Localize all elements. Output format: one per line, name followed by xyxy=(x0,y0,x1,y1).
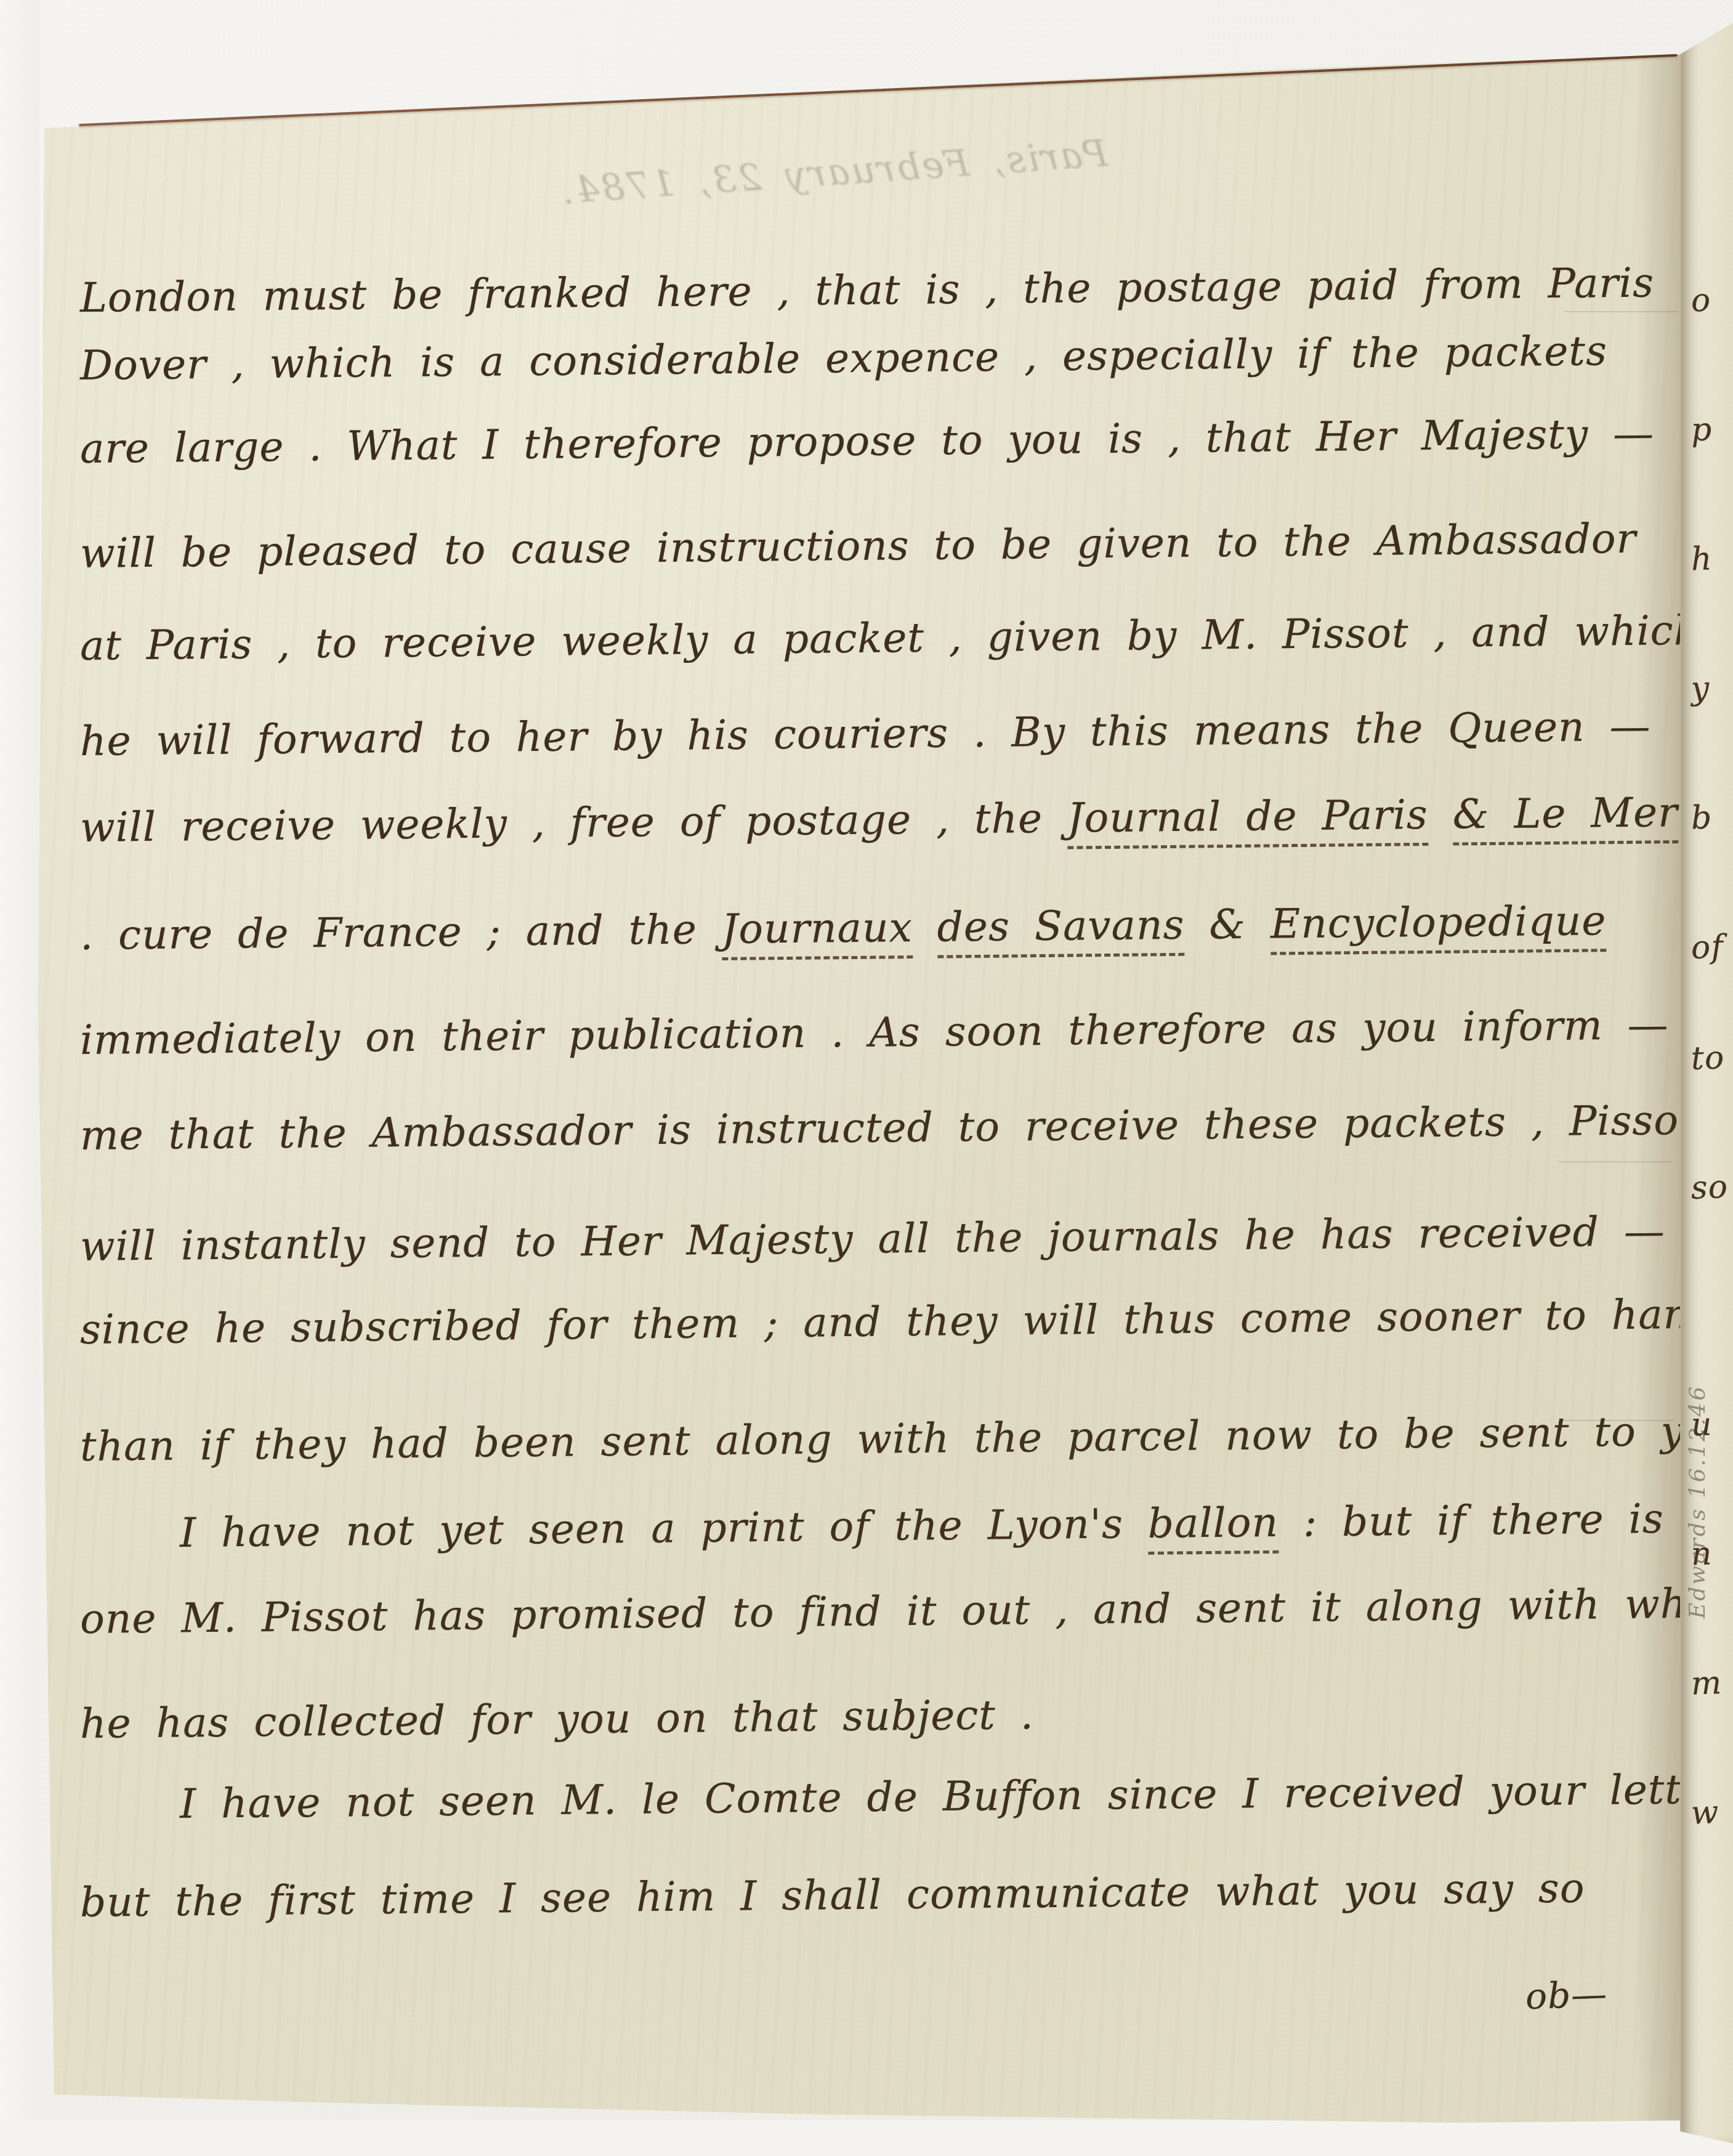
manuscript-line: are large . What I therefore propose to … xyxy=(80,410,1655,472)
line-text: London must be franked here , that is , … xyxy=(80,258,1721,322)
manuscript-line: I have not yet seen a print of the Lyon'… xyxy=(180,1495,1664,1557)
manuscript-line: one M. Pissot has promised to find it ou… xyxy=(80,1579,1729,1643)
manuscript-line: at Paris , to receive weekly a packet , … xyxy=(80,606,1733,670)
edge-fragment: y xyxy=(1691,670,1710,707)
underlined-phrase: Journaux xyxy=(721,904,913,960)
manuscript-line: will receive weekly , free of postage , … xyxy=(80,788,1716,851)
manuscript-line: immediately on their publication . As so… xyxy=(80,1001,1669,1064)
line-text xyxy=(912,904,937,951)
line-text: will receive weekly , free of postage , … xyxy=(80,795,1068,851)
manuscript-line: than if they had been sent along with th… xyxy=(80,1407,1733,1470)
underlined-phrase: ballon xyxy=(1148,1499,1279,1555)
line-text xyxy=(1428,791,1453,838)
manuscript-page: 120 Paris, February 23, 1784. London mus… xyxy=(37,31,1694,2125)
edge-fragment: p xyxy=(1691,411,1713,448)
folio-number: 120 xyxy=(92,66,161,108)
facing-page-strip: Edwards 16.12.46 ophyboftosounmw xyxy=(1680,17,1733,2144)
line-text: one M. Pissot has promised to find it ou… xyxy=(80,1579,1729,1643)
line-text: will instantly send to Her Majesty all t… xyxy=(80,1207,1666,1270)
manuscript-line: will instantly send to Her Majesty all t… xyxy=(80,1207,1666,1270)
scanner-bottom-edge xyxy=(0,2120,1733,2156)
edge-fragment: w xyxy=(1691,1794,1720,1832)
letter-body: London must be franked here , that is , … xyxy=(37,31,1694,2125)
edge-fragment: h xyxy=(1691,540,1713,578)
line-text: but the first time I see him I shall com… xyxy=(80,1865,1585,1926)
line-text: & xyxy=(1184,900,1270,948)
line-text: I have not seen M. le Comte de Buffon si… xyxy=(180,1765,1733,1828)
line-text: . cure de France ; and the xyxy=(80,906,722,959)
line-text: at Paris , to receive weekly a packet , … xyxy=(80,606,1733,670)
scanner-left-edge xyxy=(0,0,39,2156)
line-text: than if they had been sent along with th… xyxy=(80,1407,1733,1470)
manuscript-scan: 120 Paris, February 23, 1784. London mus… xyxy=(0,0,1733,2156)
line-text: since he subscribed for them ; and they … xyxy=(80,1290,1717,1353)
edge-fragment: b xyxy=(1691,799,1713,837)
catchword: ob— xyxy=(1525,1973,1608,2018)
underlined-phrase: des Savans xyxy=(937,901,1185,958)
manuscript-line: he has collected for you on that subject… xyxy=(80,1691,1035,1748)
edge-fragment: so xyxy=(1691,1169,1729,1207)
edge-fragment: m xyxy=(1691,1664,1723,1703)
edge-fragment: n xyxy=(1691,1535,1713,1573)
manuscript-line: . cure de France ; and the Journaux des … xyxy=(80,897,1607,959)
manuscript-line: London must be franked here , that is , … xyxy=(80,258,1721,322)
manuscript-line: Dover , which is a considerable expence … xyxy=(80,327,1608,389)
line-text: will be pleased to cause instructions to… xyxy=(80,515,1637,577)
line-text: immediately on their publication . As so… xyxy=(80,1001,1669,1064)
edge-fragment: to xyxy=(1691,1039,1725,1077)
line-text: he will forward to her by his couriers .… xyxy=(80,703,1651,765)
line-text: he has collected for you on that subject… xyxy=(80,1691,1035,1748)
underlined-phrase: Encyclopedique xyxy=(1270,897,1607,955)
manuscript-line: will be pleased to cause instructions to… xyxy=(80,515,1637,577)
manuscript-line: since he subscribed for them ; and they … xyxy=(80,1290,1717,1353)
line-text: : but if there is xyxy=(1279,1495,1664,1546)
edge-fragment: o xyxy=(1691,282,1711,319)
edge-fragment: u xyxy=(1691,1406,1713,1443)
underlined-phrase: Journal de Paris xyxy=(1067,791,1429,849)
line-text: I have not yet seen a print of the Lyon'… xyxy=(180,1500,1149,1557)
underlined-phrase: & Le Mer xyxy=(1452,788,1678,846)
line-text: me that the Ambassador is instructed to … xyxy=(80,1096,1696,1159)
line-text: are large . What I therefore propose to … xyxy=(80,410,1655,472)
manuscript-line: me that the Ambassador is instructed to … xyxy=(80,1096,1696,1159)
manuscript-line: I have not seen M. le Comte de Buffon si… xyxy=(180,1765,1733,1828)
edge-fragment: of xyxy=(1691,928,1724,967)
manuscript-line: but the first time I see him I shall com… xyxy=(80,1865,1585,1926)
manuscript-line: he will forward to her by his couriers .… xyxy=(80,703,1651,765)
line-text: Dover , which is a considerable expence … xyxy=(80,327,1608,389)
